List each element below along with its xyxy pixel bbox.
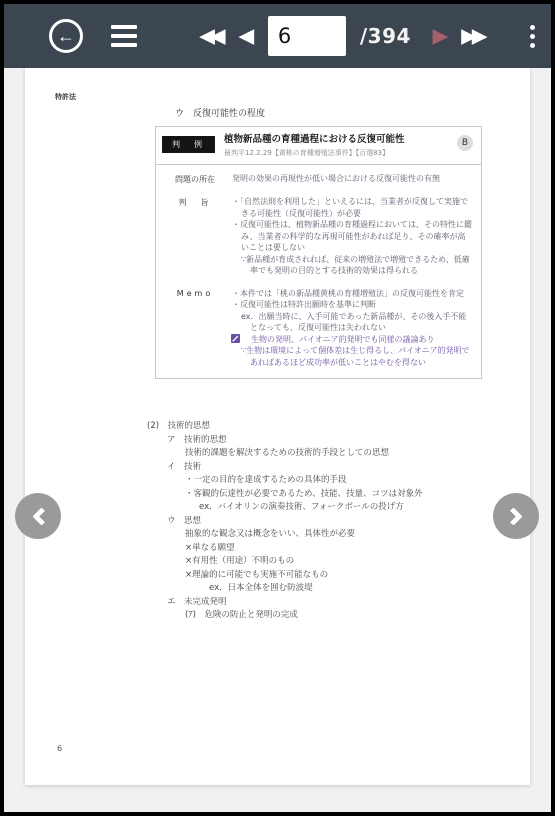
chevron-left-icon	[32, 507, 50, 525]
first-page-button[interactable]: ◀◀	[200, 25, 225, 48]
text-line: ・反復可能性は、植物新品種の育種過程においては、その特性に鑑み、当業者の科学的な…	[232, 219, 473, 254]
outline-line: エ 未完成発明	[167, 596, 507, 610]
case-card-body: 問題の所在 発明の効果の再現性が低い場合における反復可能性の有無 判 旨 ・「自…	[156, 165, 481, 378]
back-circle-icon: ←	[49, 19, 83, 53]
text-line: ・反復可能性は特許出願時を基準に判断	[232, 299, 473, 311]
chevron-right-icon	[504, 507, 522, 525]
holding-row: 判 旨 ・「自然法則を利用した」といえるには、当業者が反復して実施できる可能性（…	[158, 196, 473, 277]
case-citation: 最判平12.2.29【黄桃の育種増殖法事件】【百選83】	[224, 148, 451, 158]
outline-line: ex．バイオリンの演奏技術、フォークボールの投げ方	[199, 501, 507, 515]
pdf-viewer-toolbar: ← ◀◀ ◀ /394 ▶ ▶▶	[4, 4, 551, 68]
back-button[interactable]: ←	[46, 16, 86, 56]
next-page-float-button[interactable]	[493, 493, 539, 539]
page-footer-number: 6	[57, 744, 62, 753]
memo-row-label: Memo	[158, 288, 232, 369]
outline-line: ア 技術的思想	[167, 434, 507, 448]
next-page-button[interactable]: ▶	[433, 25, 448, 48]
skip-back-icon: ◀◀	[200, 25, 221, 48]
text-line: ・本件では「桃の新品種黄桃の育種増殖法」の反復可能性を肯定	[232, 288, 473, 300]
outline-line: ・一定の目的を達成するための具体的手段	[185, 474, 507, 488]
text-line: ex．出願当時に、入手可能であった新品種が、その後入手不能となっても、反復可能性…	[241, 311, 473, 334]
outline-line: (ｱ) 危険の防止と発明の完成	[185, 609, 507, 623]
case-badge: 判 例	[162, 136, 215, 153]
page-number-input[interactable]	[268, 16, 346, 56]
outline-line: ・客観的伝達性が必要であるため、技能、技量、コツは対象外	[185, 488, 507, 502]
outline-line: ×単なる願望	[185, 542, 507, 556]
previous-page-button[interactable]: ◀	[239, 25, 254, 48]
outline-line: 技術的課題を解決するための技術的手段としての思想	[185, 447, 507, 461]
outline-line: ウ 思想	[167, 515, 507, 529]
total-pages-label: /394	[360, 24, 411, 48]
case-title: 植物新品種の育種過程における反復可能性	[224, 134, 451, 146]
note-pen-icon	[240, 334, 249, 343]
outline-line: イ 技術	[167, 461, 507, 475]
triangle-right-icon: ▶	[433, 25, 448, 48]
case-card-header: 判 例 植物新品種の育種過程における反復可能性 最判平12.2.29【黄桃の育種…	[156, 127, 481, 165]
text-line: ∵新品種が育成されれば、従来の増殖法で増殖できるため、低確率でも発明の目的とする…	[241, 254, 473, 277]
skip-forward-icon: ▶▶	[462, 25, 483, 48]
case-card: 判 例 植物新品種の育種過程における反復可能性 最判平12.2.29【黄桃の育種…	[155, 126, 482, 379]
rank-badge: B	[457, 135, 473, 151]
menu-button[interactable]	[104, 16, 144, 56]
last-page-button[interactable]: ▶▶	[462, 25, 487, 48]
holding-row-label: 判 旨	[158, 196, 232, 277]
outline-line: 抽象的な観念又は概念をいい、具体性が必要	[185, 528, 507, 542]
previous-page-float-button[interactable]	[15, 493, 61, 539]
document-corner-label: 特許法	[55, 92, 76, 102]
text-line: ・「自然法則を利用した」といえるには、当業者が反復して実施できる可能性（反復可能…	[232, 196, 473, 219]
outline-line: ex．日本全体を囲む防波堤	[209, 582, 507, 596]
text-line: ∵生物は環境によって個体差は生じ得るし、パイオニア的発明であればあるほど成功率が…	[241, 345, 473, 368]
outline-line: ×理論的に可能でも実施不可能なもの	[185, 569, 507, 583]
section-heading: ウ 反復可能性の程度	[175, 106, 265, 119]
outline-line: ×有用性（用途）不明のもの	[185, 555, 507, 569]
outline-line: (2) 技術的思想	[147, 420, 507, 434]
outline-section: (2) 技術的思想 ア 技術的思想 技術的課題を解決するための技術的手段としての…	[147, 420, 507, 623]
three-dots-icon	[530, 25, 535, 30]
issue-row: 問題の所在 発明の効果の再現性が低い場合における反復可能性の有無	[158, 173, 473, 185]
text-line: ・生物の発明、パイオニア的発明でも同様の議論あり	[232, 334, 473, 346]
issue-row-label: 問題の所在	[158, 173, 232, 185]
overflow-menu-button[interactable]	[521, 16, 545, 56]
memo-row: Memo ・本件では「桃の新品種黄桃の育種増殖法」の反復可能性を肯定 ・反復可能…	[158, 288, 473, 369]
arrow-left-icon: ←	[57, 27, 75, 45]
triangle-left-icon: ◀	[239, 25, 254, 48]
app-frame: ← ◀◀ ◀ /394 ▶ ▶▶ 特許法 ウ 反復可能性の程度	[4, 4, 551, 812]
hamburger-icon	[111, 25, 137, 29]
document-page: 特許法 ウ 反復可能性の程度 判 例 植物新品種の育種過程における反復可能性 最…	[25, 68, 530, 785]
text-line: 発明の効果の再現性が低い場合における反復可能性の有無	[232, 173, 473, 185]
